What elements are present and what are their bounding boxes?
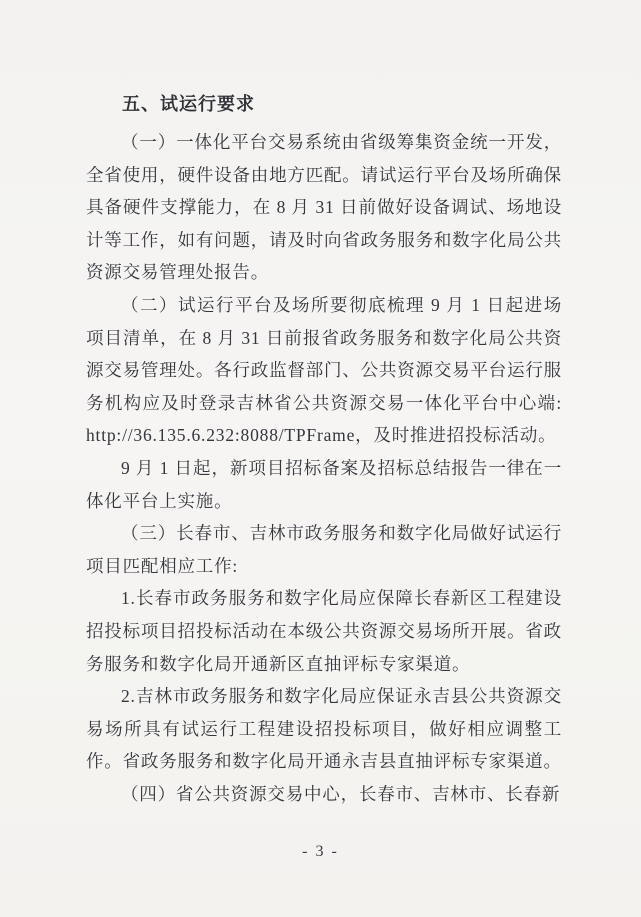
section-heading: 五、试运行要求 [86,88,562,121]
body-paragraph: 2.吉林市政务服务和数字化局应保证永吉县公共资源交易场所具有试运行工程建设招投标… [86,680,562,778]
body-paragraph: （四）省公共资源交易中心，长春市、吉林市、长春新 [86,778,562,811]
document-page: 五、试运行要求 （一）一体化平台交易系统由省级筹集资金统一开发，全省使用，硬件设… [0,0,641,917]
paragraph-list: （一）一体化平台交易系统由省级筹集资金统一开发，全省使用，硬件设备由地方匹配。请… [86,126,562,810]
body-paragraph: （三）长春市、吉林市政务服务和数字化局做好试运行项目匹配相应工作: [86,517,562,582]
body-paragraph: 9 月 1 日起，新项目招标备案及招标总结报告一律在一体化平台上实施。 [86,452,562,517]
body-paragraph: （二）试运行平台及场所要彻底梳理 9 月 1 日起进场项目清单，在 8 月 31… [86,289,562,452]
body-paragraph: 1.长春市政务服务和数字化局应保障长春新区工程建设招投标项目招投标活动在本级公共… [86,582,562,680]
body-paragraph: （一）一体化平台交易系统由省级筹集资金统一开发，全省使用，硬件设备由地方匹配。请… [86,126,562,289]
page-number: - 3 - [0,843,641,861]
document-content: 五、试运行要求 （一）一体化平台交易系统由省级筹集资金统一开发，全省使用，硬件设… [86,88,562,810]
